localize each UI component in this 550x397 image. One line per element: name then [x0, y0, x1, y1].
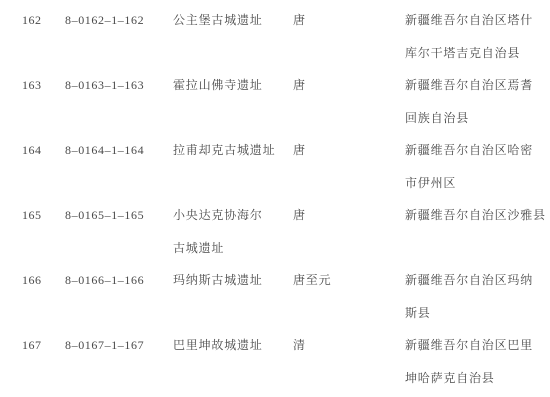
era-cell: 唐至元 [293, 264, 405, 297]
row-number-cell: 164 [20, 134, 65, 167]
row-number-cell: 167 [20, 329, 65, 362]
site-name-cell: 玛纳斯古城遗址 [173, 264, 293, 297]
era-cell: 唐 [293, 4, 405, 37]
table-row: 162 8–0162–1–162 公主堡古城遗址 唐 新疆维吾尔自治区塔什 库尔… [0, 4, 550, 69]
site-code-cell: 8–0162–1–162 [65, 4, 173, 37]
row-number-cell: 162 [20, 4, 65, 37]
site-name-cell: 巴里坤故城遗址 [173, 329, 293, 362]
era-cell: 唐 [293, 134, 405, 167]
table-row: 165 8–0165–1–165 小央达克协海尔 古城遗址 唐 新疆维吾尔自治区… [0, 199, 550, 264]
site-code-cell: 8–0164–1–164 [65, 134, 173, 167]
site-code-cell: 8–0167–1–167 [65, 329, 173, 362]
location-cell: 新疆维吾尔自治区焉耆 回族自治县 [405, 69, 550, 135]
table-row: 166 8–0166–1–166 玛纳斯古城遗址 唐至元 新疆维吾尔自治区玛纳 … [0, 264, 550, 329]
document-page: 162 8–0162–1–162 公主堡古城遗址 唐 新疆维吾尔自治区塔什 库尔… [0, 0, 550, 397]
location-cell: 新疆维吾尔自治区巴里 坤哈萨克自治县 [405, 329, 550, 395]
era-cell: 唐 [293, 199, 405, 232]
table-row: 167 8–0167–1–167 巴里坤故城遗址 清 新疆维吾尔自治区巴里 坤哈… [0, 329, 550, 394]
site-code-cell: 8–0165–1–165 [65, 199, 173, 232]
era-cell: 清 [293, 329, 405, 362]
heritage-sites-table: 162 8–0162–1–162 公主堡古城遗址 唐 新疆维吾尔自治区塔什 库尔… [0, 4, 550, 394]
site-name-cell: 小央达克协海尔 古城遗址 [173, 199, 293, 265]
table-row: 164 8–0164–1–164 拉甫却克古城遗址 唐 新疆维吾尔自治区哈密 市… [0, 134, 550, 199]
site-code-cell: 8–0166–1–166 [65, 264, 173, 297]
location-cell: 新疆维吾尔自治区沙雅县 [405, 199, 550, 232]
era-cell: 唐 [293, 69, 405, 102]
site-name-cell: 公主堡古城遗址 [173, 4, 293, 37]
site-name-cell: 霍拉山佛寺遗址 [173, 69, 293, 102]
site-code-cell: 8–0163–1–163 [65, 69, 173, 102]
location-cell: 新疆维吾尔自治区玛纳 斯县 [405, 264, 550, 330]
location-cell: 新疆维吾尔自治区塔什 库尔干塔吉克自治县 [405, 4, 550, 70]
row-number-cell: 166 [20, 264, 65, 297]
location-cell: 新疆维吾尔自治区哈密 市伊州区 [405, 134, 550, 200]
table-row: 163 8–0163–1–163 霍拉山佛寺遗址 唐 新疆维吾尔自治区焉耆 回族… [0, 69, 550, 134]
site-name-cell: 拉甫却克古城遗址 [173, 134, 293, 167]
row-number-cell: 163 [20, 69, 65, 102]
row-number-cell: 165 [20, 199, 65, 232]
